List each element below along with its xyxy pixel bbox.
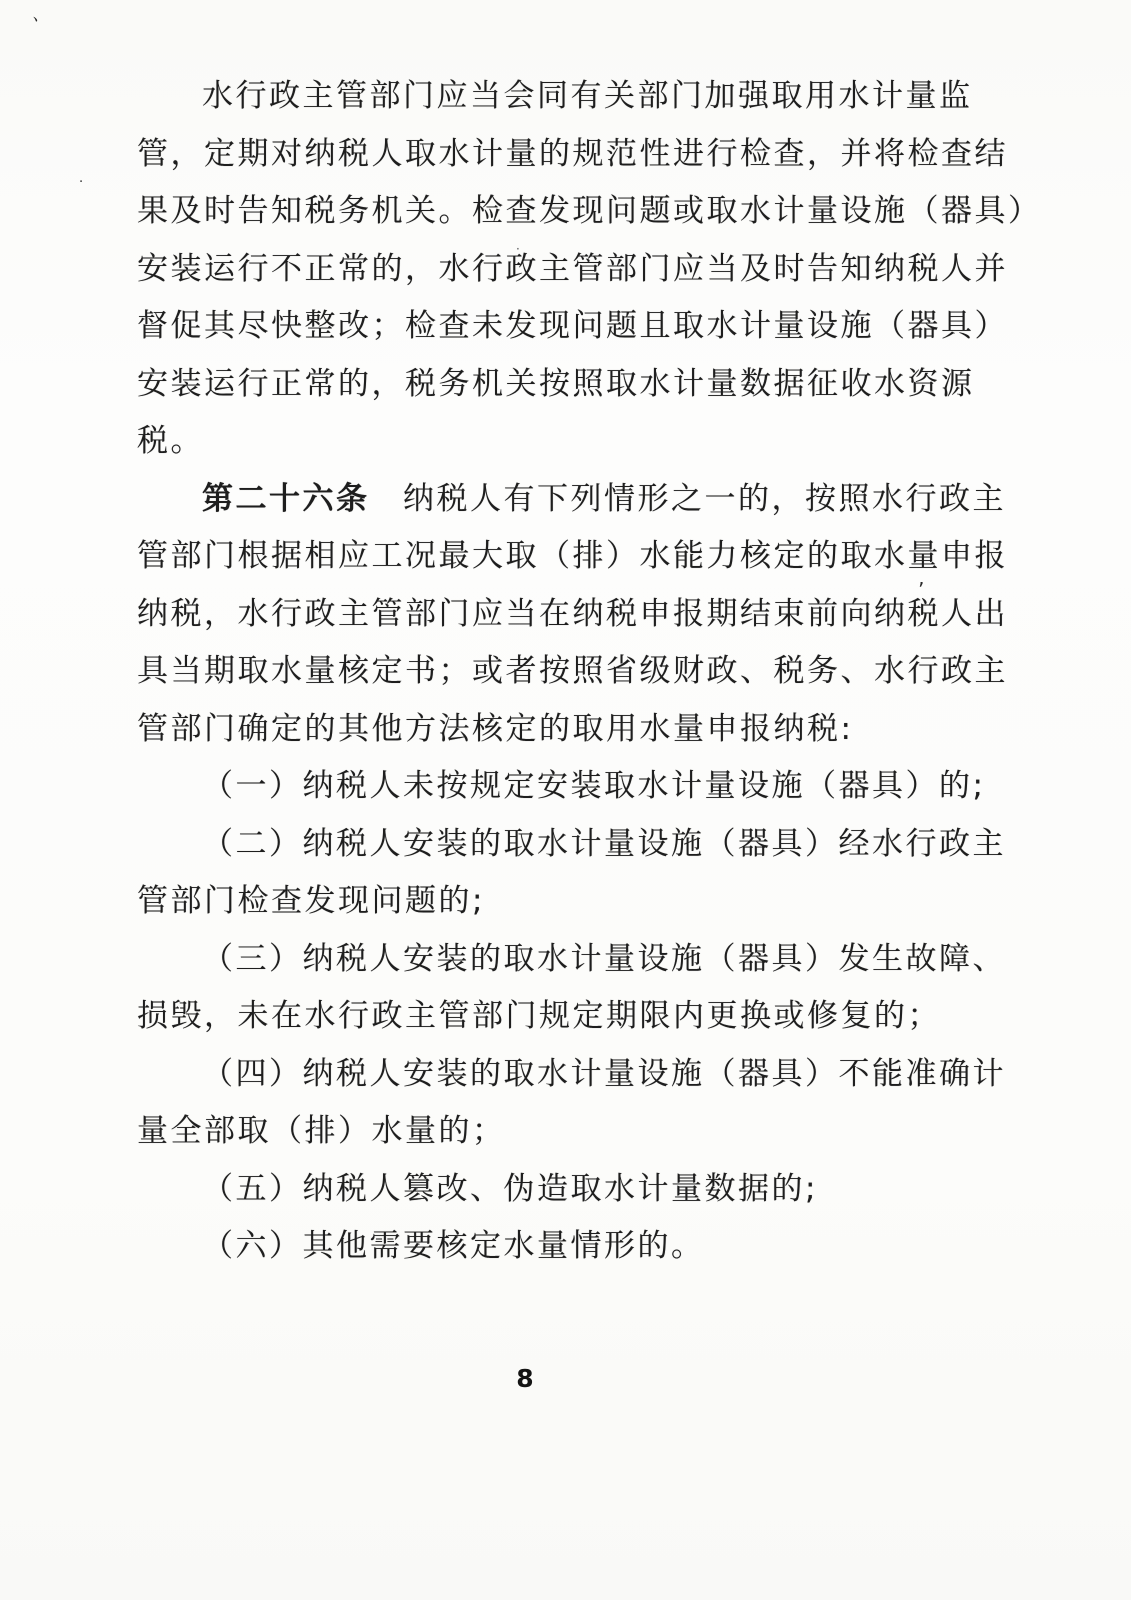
text-line: 水行政主管部门应当会同有关部门加强取用水计量监 — [137, 68, 952, 126]
text-line-item-3: （三）纳税人安装的取水计量设施（器具）发生故障、 — [137, 931, 952, 989]
text-line: 损毁，未在水行政主管部门规定期限内更换或修复的； — [137, 988, 952, 1046]
article-text: 纳税人有下列情形之一的，按照水行政主 — [370, 481, 1007, 517]
article-number-label: 第二十六条 — [202, 481, 370, 517]
text-line-item-5: （五）纳税人篡改、伪造取水计量数据的; — [137, 1161, 952, 1219]
text-line-article-26: 第二十六条 纳税人有下列情形之一的，按照水行政主 — [137, 471, 952, 529]
text-line: 安装运行不正常的，水行政主管部门应当及时告知纳税人并 — [137, 241, 952, 299]
text-line: 具当期取水量核定书；或者按照省级财政、税务、水行政主 — [137, 643, 952, 701]
text-line-item-1: （一）纳税人未按规定安装取水计量设施（器具）的; — [137, 758, 952, 816]
text-line: 管部门确定的其他方法核定的取用水量申报纳税: — [137, 701, 952, 759]
text-line: 纳税，水行政主管部门应当在纳税申报期结束前向纳税人出 — [137, 586, 952, 644]
scan-artifact: 、 — [32, 7, 52, 27]
text-line: 安装运行正常的，税务机关按照取水计量数据征收水资源 — [137, 356, 952, 414]
scan-artifact: · — [79, 176, 83, 189]
text-line: 管部门检查发现问题的; — [137, 873, 952, 931]
text-line: 督促其尽快整改；检查未发现问题且取水计量设施（器具） — [137, 298, 952, 356]
document-body: 水行政主管部门应当会同有关部门加强取用水计量监 管，定期对纳税人取水计量的规范性… — [137, 68, 952, 1276]
scanned-document-page: 、 · · ’ · 水行政主管部门应当会同有关部门加强取用水计量监 管，定期对纳… — [0, 0, 1131, 1600]
text-line: 管部门根据相应工况最大取（排）水能力核定的取水量申报 — [137, 528, 952, 586]
text-line-item-2: （二）纳税人安装的取水计量设施（器具）经水行政主 — [137, 816, 952, 874]
text-line: 税。 — [137, 413, 952, 471]
text-line: 量全部取（排）水量的； — [137, 1103, 952, 1161]
text-line-item-6: （六）其他需要核定水量情形的。 — [137, 1218, 952, 1276]
text-line-item-4: （四）纳税人安装的取水计量设施（器具）不能准确计 — [137, 1046, 952, 1104]
text-line: 管，定期对纳税人取水计量的规范性进行检查，并将检查结 — [137, 126, 952, 184]
text-line: 果及时告知税务机关。检查发现问题或取水计量设施（器具） — [137, 183, 952, 241]
page-number: 8 — [505, 1364, 545, 1393]
